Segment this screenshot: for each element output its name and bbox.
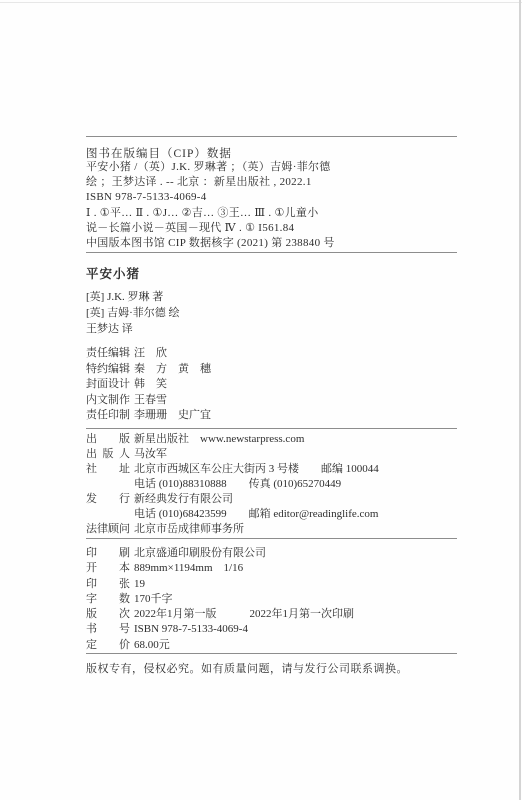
scan-top-edge	[0, 2, 522, 3]
publisher-value: 电话 (010)88310888 传真 (010)65270449	[134, 478, 341, 490]
publisher-value: 新经典发行有限公司	[134, 493, 233, 505]
print-value: 北京盛通印刷股份有限公司	[134, 547, 266, 559]
divider-before-notice	[86, 653, 457, 654]
divider-top	[86, 136, 457, 137]
author-line: [英] J.K. 罗琳 著	[86, 289, 466, 305]
print-row: 印刷北京盛通印刷股份有限公司	[86, 546, 466, 561]
credit-row: 责任编辑汪 欣	[86, 346, 466, 362]
print-info-block: 印刷北京盛通印刷股份有限公司 开本889mm×1194mm 1/16 印张19 …	[86, 546, 466, 653]
cip-line: 平安小猪 /（英）J.K. 罗琳著 ；（英）吉姆·菲尔德	[86, 160, 466, 175]
credit-label: 责任编辑	[86, 346, 130, 362]
cip-line-registry: 中国版本图书馆 CIP 数据核字 (2021) 第 238840 号	[86, 236, 466, 251]
credit-label: 内文制作	[86, 393, 130, 409]
credit-value: 韩 笑	[134, 378, 167, 390]
publisher-row: 社址北京市西城区车公庄大街丙 3 号楼 邮编 100044	[86, 462, 466, 477]
publisher-row: 法律顾问北京市岳成律师事务所	[86, 522, 466, 537]
credit-value: 李珊珊 史广宜	[134, 409, 211, 421]
credit-row: 特约编辑秦 方 黄 穗	[86, 362, 466, 378]
illustrator-line: [英] 吉姆·菲尔德 绘	[86, 305, 466, 321]
publisher-label: 出版	[86, 432, 130, 447]
scan-right-edge	[519, 0, 521, 800]
colophon-page: 图书在版编目（CIP）数据 平安小猪 /（英）J.K. 罗琳著 ；（英）吉姆·菲…	[0, 0, 522, 800]
divider-after-credits	[86, 428, 457, 429]
publisher-value: 北京市西城区车公庄大街丙 3 号楼 邮编 100044	[134, 463, 379, 475]
print-row: 印张19	[86, 577, 466, 592]
credit-row: 封面设计韩 笑	[86, 377, 466, 393]
credits-block: 责任编辑汪 欣 特约编辑秦 方 黄 穗 封面设计韩 笑 内文制作王春雪 责任印制…	[86, 346, 466, 424]
cip-line-isbn: ISBN 978-7-5133-4069-4	[86, 190, 466, 205]
publisher-row: 出版新星出版社 www.newstarpress.com	[86, 432, 466, 447]
print-row: 书号ISBN 978-7-5133-4069-4	[86, 622, 466, 637]
publisher-row: 电话 (010)88310888 传真 (010)65270449	[86, 477, 466, 492]
title-block: 平安小猪 [英] J.K. 罗琳 著 [英] 吉姆·菲尔德 绘 王梦达 译	[86, 264, 466, 338]
publisher-value: 北京市岳成律师事务所	[134, 523, 244, 535]
publisher-value: 新星出版社 www.newstarpress.com	[134, 433, 304, 445]
cip-line: 绘 ；王梦达译 . -- 北京 ：新星出版社 , 2022.1	[86, 175, 466, 190]
print-label: 书号	[86, 622, 130, 637]
publisher-label: 出版人	[86, 447, 130, 462]
publisher-label: 发行	[86, 492, 130, 507]
credit-row: 责任印制李珊珊 史广宜	[86, 408, 466, 424]
publisher-row: 电话 (010)68423599 邮箱 editor@readinglife.c…	[86, 507, 466, 522]
print-row: 版次2022年1月第一版 2022年1月第一次印刷	[86, 607, 466, 622]
publisher-label: 法律顾问	[86, 522, 130, 537]
publisher-block: 出版新星出版社 www.newstarpress.com 出版人马汝军 社址北京…	[86, 432, 466, 537]
print-label: 印张	[86, 577, 130, 592]
print-label: 印刷	[86, 546, 130, 561]
credit-value: 王春雪	[134, 394, 167, 406]
divider-after-cip	[86, 252, 457, 253]
publisher-row: 发行新经典发行有限公司	[86, 492, 466, 507]
divider-after-publisher	[86, 538, 457, 539]
cip-line: Ⅰ . ①平… Ⅱ . ①J… ②吉… ③王… Ⅲ . ①儿童小	[86, 206, 466, 221]
credit-value: 秦 方 黄 穗	[134, 363, 211, 375]
print-label: 字数	[86, 592, 130, 607]
print-label: 定价	[86, 638, 130, 653]
translator-line: 王梦达 译	[86, 321, 466, 337]
print-value: 170千字	[134, 593, 173, 605]
credit-value: 汪 欣	[134, 347, 167, 359]
credit-label: 封面设计	[86, 377, 130, 393]
cip-line: 说－长篇小说－英国－现代 Ⅳ . ① I561.84	[86, 221, 466, 236]
print-value: 2022年1月第一版 2022年1月第一次印刷	[134, 608, 354, 620]
author-lines: [英] J.K. 罗琳 著 [英] 吉姆·菲尔德 绘 王梦达 译	[86, 289, 466, 338]
credit-label: 责任印制	[86, 408, 130, 424]
publisher-row: 出版人马汝军	[86, 447, 466, 462]
cip-heading: 图书在版编目（CIP）数据	[86, 145, 466, 161]
print-value: 889mm×1194mm 1/16	[134, 562, 243, 574]
copyright-notice: 版权专有，侵权必究。如有质量问题，请与发行公司联系调换。	[86, 660, 466, 676]
credit-label: 特约编辑	[86, 362, 130, 378]
publisher-value: 马汝军	[134, 448, 167, 460]
publisher-label: 社址	[86, 462, 130, 477]
publisher-value: 电话 (010)68423599 邮箱 editor@readinglife.c…	[134, 508, 378, 520]
credit-row: 内文制作王春雪	[86, 393, 466, 409]
print-label: 开本	[86, 561, 130, 576]
book-title: 平安小猪	[86, 264, 466, 282]
print-row: 开本889mm×1194mm 1/16	[86, 561, 466, 576]
cip-data-block: 平安小猪 /（英）J.K. 罗琳著 ；（英）吉姆·菲尔德 绘 ；王梦达译 . -…	[86, 160, 466, 251]
print-row: 字数170千字	[86, 592, 466, 607]
print-row: 定价68.00元	[86, 638, 466, 653]
print-value: 68.00元	[134, 639, 170, 651]
print-value: ISBN 978-7-5133-4069-4	[134, 623, 248, 635]
print-label: 版次	[86, 607, 130, 622]
print-value: 19	[134, 578, 145, 590]
